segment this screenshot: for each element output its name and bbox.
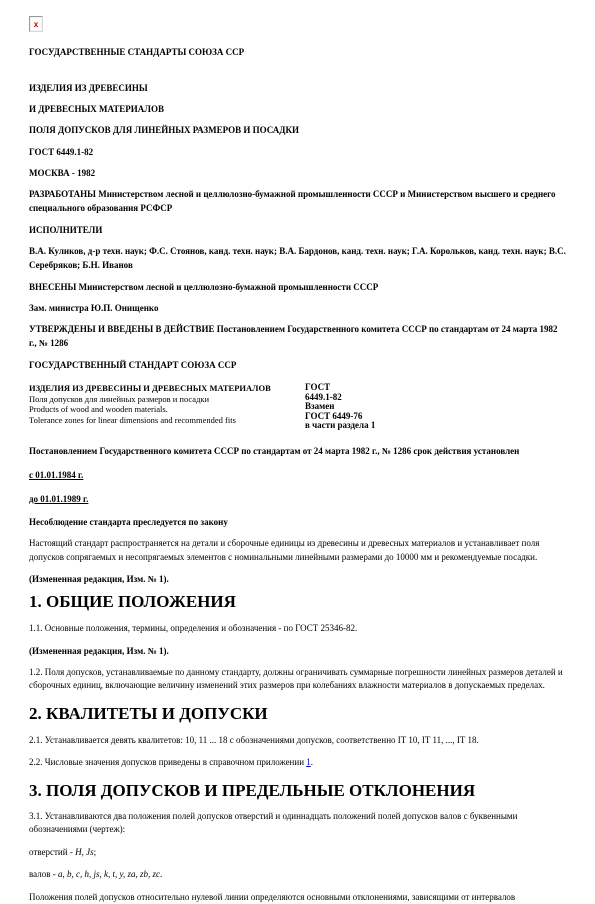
holes-prefix: отверстий - <box>29 847 75 857</box>
title-block-right: ГОСТ 6449.1-82 Взамен ГОСТ 6449-76 в час… <box>305 383 375 431</box>
paragraph-1-1: 1.1. Основные положения, термины, опреде… <box>29 622 566 636</box>
title-block: ИЗДЕЛИЯ ИЗ ДРЕВЕСИНЫ И ДРЕВЕСНЫХ МАТЕРИА… <box>29 383 566 431</box>
law-notice: Несоблюдение стандарта преследуется по з… <box>29 516 566 528</box>
closing-paragraph: Положения полей допусков относительно ну… <box>29 891 566 904</box>
shafts-prefix: валов - <box>29 869 58 879</box>
subject-title: ПОЛЯ ДОПУСКОВ ДЛЯ ЛИНЕЙНЫХ РАЗМЕРОВ И ПО… <box>29 124 566 136</box>
amendment-note-2: (Измененная редакция, Изм. № 1). <box>29 645 566 657</box>
paragraph-2-2: 2.2. Числовые значения допусков приведен… <box>29 756 566 770</box>
title-en2: Tolerance zones for linear dimensions an… <box>29 415 305 426</box>
holes-suffix: ; <box>94 847 97 857</box>
shafts-symbols: a, b, c, h, js, k, t, y, za, zb, zc <box>58 869 160 879</box>
product-title-line1: ИЗДЕЛИЯ ИЗ ДРЕВЕСИНЫ <box>29 82 566 94</box>
product-title-line2: И ДРЕВЕСНЫХ МАТЕРИАЛОВ <box>29 103 566 115</box>
valid-from-date: с 01.01.1984 г. <box>29 469 566 481</box>
section-1-heading: 1. ОБЩИЕ ПОЛОЖЕНИЯ <box>29 592 566 612</box>
series-title: ГОСУДАРСТВЕННЫЕ СТАНДАРТЫ СОЮЗА ССР <box>29 46 566 58</box>
paragraph-2-2-text: 2.2. Числовые значения допусков приведен… <box>29 757 306 767</box>
paragraph-2-2-tail: . <box>311 757 313 767</box>
approved-statement: УТВЕРЖДЕНЫ И ВВЕДЕНЫ В ДЕЙСТВИЕ Постанов… <box>29 323 566 350</box>
submitted-by: ВНЕСЕНЫ Министерством лесной и целлюлозн… <box>29 281 566 293</box>
title-block-left: ИЗДЕЛИЯ ИЗ ДРЕВЕСИНЫ И ДРЕВЕСНЫХ МАТЕРИА… <box>29 383 305 431</box>
executors-list: В.А. Куликов, д-р техн. наук; Ф.С. Стоян… <box>29 245 566 272</box>
shafts-line: валов - a, b, c, h, js, k, t, y, za, zb,… <box>29 868 566 882</box>
gost-number: ГОСТ 6449.1-82 <box>29 146 566 158</box>
valid-to-date: до 01.01.1989 г. <box>29 493 566 505</box>
title-ru: Поля допусков для линейных размеров и по… <box>29 394 305 405</box>
title-en1: Products of wood and wooden materials. <box>29 404 305 415</box>
scope-paragraph: Настоящий стандарт распространяется на д… <box>29 537 566 564</box>
deputy-minister: Зам. министра Ю.П. Онищенко <box>29 302 566 314</box>
document-page: x ГОСУДАРСТВЕННЫЕ СТАНДАРТЫ СОЮЗА ССР ИЗ… <box>0 0 595 904</box>
executors-label: ИСПОЛНИТЕЛИ <box>29 224 566 236</box>
paragraph-1-2: 1.2. Поля допусков, устанавливаемые по д… <box>29 666 566 693</box>
replaces-part: в части раздела 1 <box>305 421 375 431</box>
section-3-heading: 3. ПОЛЯ ДОПУСКОВ И ПРЕДЕЛЬНЫЕ ОТКЛОНЕНИЯ <box>29 781 566 801</box>
title-caps: ИЗДЕЛИЯ ИЗ ДРЕВЕСИНЫ И ДРЕВЕСНЫХ МАТЕРИА… <box>29 383 305 394</box>
standard-header: ГОСУДАРСТВЕННЫЙ СТАНДАРТ СОЮЗА ССР <box>29 359 566 371</box>
paragraph-3-1: 3.1. Устанавливаются два положения полей… <box>29 810 566 837</box>
amendment-note: (Измененная редакция, Изм. № 1). <box>29 573 566 585</box>
shafts-suffix: . <box>160 869 162 879</box>
broken-image-icon: x <box>29 16 43 32</box>
section-2-heading: 2. КВАЛИТЕТЫ И ДОПУСКИ <box>29 704 566 724</box>
holes-line: отверстий - H, Js; <box>29 846 566 860</box>
holes-symbols: H, Js <box>75 847 94 857</box>
developed-by: РАЗРАБОТАНЫ Министерством лесной и целлю… <box>29 188 566 215</box>
city-year: МОСКВА - 1982 <box>29 167 566 179</box>
decree-statement: Постановлением Государственного комитета… <box>29 445 566 459</box>
paragraph-2-1: 2.1. Устанавливается девять квалитетов: … <box>29 734 566 748</box>
